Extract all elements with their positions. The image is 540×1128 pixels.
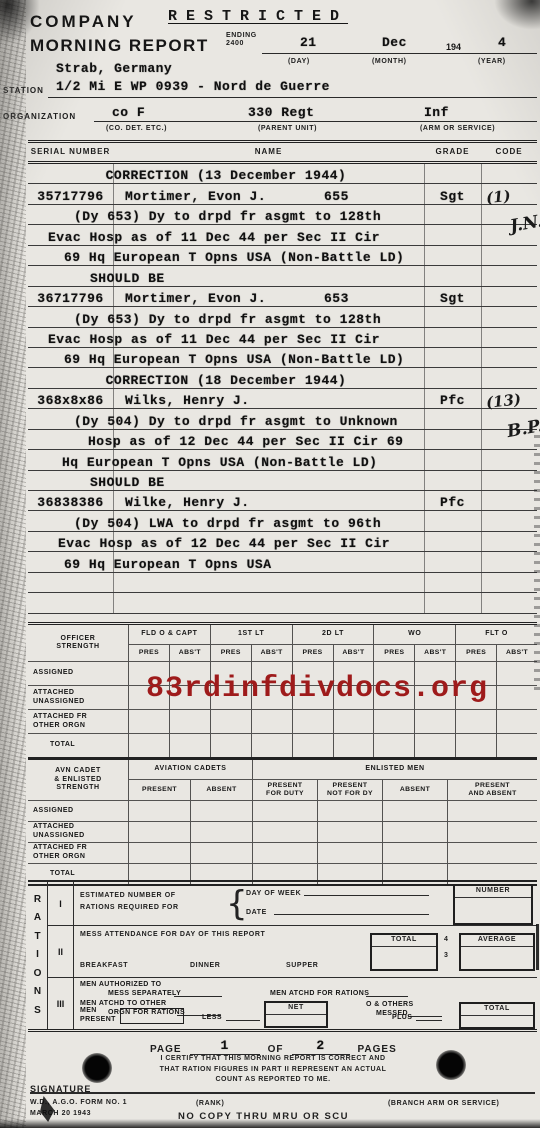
- breakfast-label: BREAKFAST: [80, 962, 128, 970]
- table-row: 36838386 Wilke, Henry J. Pfc: [28, 491, 537, 511]
- row-attached-unassigned: ATTACHED UNASSIGNED: [28, 821, 128, 842]
- col-pres: PRES: [455, 644, 496, 661]
- men-present-box: [120, 1008, 184, 1024]
- serial-cell: 35717796: [28, 190, 113, 203]
- entry-text: (Dy 653) Dy to drpd fr asgmt to 128th: [74, 210, 381, 223]
- strength-cell: [317, 821, 382, 842]
- number-label: NUMBER: [455, 886, 531, 898]
- table-row: CORRECTION (13 December 1944): [28, 164, 537, 184]
- average-label: AVERAGE: [461, 935, 533, 947]
- grade-cell: Sgt: [424, 292, 481, 305]
- site-watermark: 83rdinfdivdocs.org: [146, 672, 488, 706]
- form-number: W.D., A.G.O. FORM NO. 1 MARCH 20 1943: [30, 1098, 127, 1119]
- entry-text: Evac Hosp as of 12 Dec 44 per Sec II Cir: [58, 537, 390, 550]
- rations-part-ii: MESS ATTENDANCE FOR DAY OF THIS REPORT B…: [74, 926, 537, 978]
- strength-cell: [373, 733, 414, 757]
- entry-text: (Dy 504) Dy to drpd fr asgmt to Unknown: [74, 415, 398, 428]
- duty-code-cell: 655: [324, 190, 349, 203]
- form-title-company: COMPANY: [30, 12, 137, 32]
- table-row: SHOULD BE: [28, 471, 537, 491]
- entry-text: 69 Hq European T Opns USA (Non-Battle LD…: [64, 353, 404, 366]
- strength-cell: [414, 733, 455, 757]
- dinner-label: DINNER: [190, 962, 220, 970]
- col-flt-o: FLT O: [455, 625, 537, 644]
- strength-cell: [333, 709, 374, 733]
- mess-separately-label: MESS SEPARATELY: [108, 990, 181, 998]
- entry-text: Hq European T Opns USA (Non-Battle LD): [62, 456, 377, 469]
- less-blank: [226, 1013, 260, 1021]
- strength-cell: [317, 800, 382, 821]
- entry-text: 69 Hq European T Opns USA: [64, 558, 272, 571]
- organization-rule: [94, 88, 537, 122]
- brace-glyph: {: [226, 882, 248, 926]
- col-2d-lt: 2D LT: [292, 625, 374, 644]
- strength-cell: [333, 733, 374, 757]
- average-box: AVERAGE: [459, 933, 535, 971]
- col-pres: PRES: [210, 644, 251, 661]
- rank-label: (RANK): [196, 1100, 224, 1108]
- col-code: CODE: [481, 147, 537, 156]
- avn-cadet-header: AVN CADET & ENLISTED STRENGTH: [28, 760, 128, 800]
- strength-cell: [455, 733, 496, 757]
- net-box: NET: [264, 1001, 328, 1028]
- should-be-label: SHOULD BE: [90, 272, 165, 285]
- col-wo: WO: [373, 625, 455, 644]
- serial-cell: 36717796: [28, 292, 113, 305]
- col-enlisted-men: ENLISTED MEN: [252, 760, 537, 779]
- col-abst: ABS'T: [169, 644, 210, 661]
- strength-cell: [382, 821, 447, 842]
- table-row: Evac Hosp as of 11 Dec 44 per Sec II Cir: [28, 328, 537, 348]
- serial-cell: 368x8x86: [28, 394, 113, 407]
- col-serial-number: SERIAL NUMBER: [28, 147, 113, 156]
- rations-vertical-label: R A T I O N S: [28, 882, 48, 1029]
- row-attached-unassigned: ATTACHED UNASSIGNED: [28, 685, 128, 709]
- table-row: (Dy 653) Dy to drpd fr asgmt to 128th: [28, 307, 537, 327]
- branch-label: (BRANCH ARM OR SERVICE): [388, 1100, 499, 1108]
- strength-cell: [128, 842, 190, 863]
- strength-cell: [496, 685, 537, 709]
- duty-code-cell: 653: [324, 292, 349, 305]
- estimated-rations-label: ESTIMATED NUMBER OF RATIONS REQUIRED FOR: [80, 890, 179, 914]
- roster-table: SERIAL NUMBER NAME GRADE CODE CORRECTION…: [28, 140, 537, 614]
- strength-cell: [210, 709, 251, 733]
- entry-text: Evac Hosp as of 11 Dec 44 per Sec II Cir: [48, 231, 380, 244]
- serial-cell: 36838386: [28, 496, 113, 509]
- col-present: PRESENT: [128, 779, 190, 800]
- table-row: (Dy 504) Dy to drpd fr asgmt to Unknown …: [28, 409, 537, 429]
- digit-4: 4: [444, 936, 449, 944]
- col-present-for-duty: PRESENT FOR DUTY: [252, 779, 317, 800]
- total-label: TOTAL: [461, 1004, 533, 1016]
- correction-heading: CORRECTION (18 December 1944): [28, 374, 424, 387]
- enlisted-strength-table: AVN CADET & ENLISTED STRENGTH AVIATION C…: [28, 757, 537, 886]
- col-aviation-cadets: AVIATION CADETS: [128, 760, 252, 779]
- ending-2400-label: ENDING 2400: [226, 32, 257, 48]
- strength-cell: [252, 842, 317, 863]
- no-copy-notice: NO COPY THRU MRU OR SCU: [178, 1111, 349, 1122]
- col-abst: ABS'T: [251, 644, 292, 661]
- col-present-and-absent: PRESENT AND ABSENT: [447, 779, 537, 800]
- should-be-label: SHOULD BE: [90, 476, 165, 489]
- table-row: Hosp as of 12 Dec 44 per Sec II Cir 69: [28, 430, 537, 450]
- table-row: 69 Hq European T Opns USA (Non-Battle LD…: [28, 246, 537, 266]
- day-of-week-blank: [304, 888, 429, 896]
- roster-header-row: SERIAL NUMBER NAME GRADE CODE: [28, 140, 537, 164]
- roster-body: CORRECTION (13 December 1944) 35717796 M…: [28, 164, 537, 614]
- table-row: 368x8x86 Wilks, Henry J. Pfc (13): [28, 389, 537, 409]
- col-pres: PRES: [373, 644, 414, 661]
- men-atchd-rations-label: MEN ATCHD FOR RATIONS: [270, 990, 369, 998]
- digit-3: 3: [444, 952, 449, 960]
- col-name: NAME: [113, 147, 424, 156]
- table-row: (Dy 504) LWA to drpd fr asgmt to 96th: [28, 511, 537, 531]
- col-pres: PRES: [292, 644, 333, 661]
- table-row: 36717796 Mortimer, Evon J. 653 Sgt: [28, 287, 537, 307]
- grade-cell: Pfc: [424, 394, 481, 407]
- entry-text: (Dy 653) Dy to drpd fr asgmt to 128th: [74, 313, 381, 326]
- entry-text: Hosp as of 12 Dec 44 per Sec II Cir 69: [88, 435, 403, 448]
- punch-hole: [82, 1053, 112, 1083]
- strength-cell: [455, 709, 496, 733]
- org-arm-label: (ARM OR SERVICE): [420, 125, 495, 133]
- strength-cell: [128, 733, 169, 757]
- col-absent: ABSENT: [190, 779, 252, 800]
- strength-cell: [447, 842, 537, 863]
- date-year-value: 4: [498, 36, 506, 49]
- table-row: (Dy 653) Dy to drpd fr asgmt to 128th J.…: [28, 205, 537, 225]
- table-row: SHOULD BE: [28, 266, 537, 286]
- strength-cell: [128, 800, 190, 821]
- org-parent-label: (PARENT UNIT): [258, 125, 317, 133]
- date-month-value: Dec: [382, 36, 407, 49]
- org-arm-value: Inf: [424, 106, 449, 119]
- strength-cell: [190, 800, 252, 821]
- strength-cell: [373, 709, 414, 733]
- strength-cell: [496, 733, 537, 757]
- net-label: NET: [266, 1003, 326, 1015]
- scan-edge-noise: [0, 0, 26, 1128]
- date-blank: [274, 907, 429, 915]
- row-total: TOTAL: [28, 733, 128, 757]
- entry-text: (Dy 504) LWA to drpd fr asgmt to 96th: [74, 517, 381, 530]
- men-present-label: MEN PRESENT: [80, 1007, 116, 1024]
- strength-cell: [447, 800, 537, 821]
- part-iii-label: III: [48, 978, 73, 1029]
- strength-cell: [496, 661, 537, 685]
- entry-text: Evac Hosp as of 11 Dec 44 per Sec II Cir: [48, 333, 380, 346]
- rations-part-numbers: I II III: [48, 882, 74, 1029]
- strength-cell: [190, 842, 252, 863]
- correction-heading: CORRECTION (13 December 1944): [28, 169, 424, 182]
- strength-cell: [252, 821, 317, 842]
- station-label: STATION: [3, 86, 44, 95]
- col-grade: GRADE: [424, 147, 481, 156]
- col-fld-o-capt: FLD O & CAPT: [128, 625, 210, 644]
- page-total: 2: [316, 1038, 324, 1053]
- row-attached-fr-other-orgn: ATTACHED FR OTHER ORGN: [28, 842, 128, 863]
- morning-report-scan: COMPANY RESTRICTED MORNING REPORT ENDING…: [0, 0, 540, 1128]
- signature-rule: [30, 1080, 535, 1094]
- col-absent: ABSENT: [382, 779, 447, 800]
- row-attached-fr-other-orgn: ATTACHED FR OTHER ORGN: [28, 709, 128, 733]
- part-i-label: I: [48, 882, 73, 926]
- row-assigned: ASSIGNED: [28, 661, 128, 685]
- name-cell: Mortimer, Evon J.: [125, 190, 266, 203]
- org-unit-label: (CO. DET. ETC.): [106, 125, 167, 133]
- classification-stamp: RESTRICTED: [168, 8, 348, 25]
- col-present-not-for-dy: PRESENT NOT FOR DY: [317, 779, 382, 800]
- strength-cell: [251, 733, 292, 757]
- table-row: Evac Hosp as of 11 Dec 44 per Sec II Cir: [28, 225, 537, 245]
- form-title-morning-report: MORNING REPORT: [30, 36, 209, 56]
- col-abst: ABS'T: [496, 644, 537, 661]
- plus-blank: [416, 1013, 442, 1021]
- col-abst: ABS'T: [333, 644, 374, 661]
- name-cell: Wilke, Henry J.: [125, 496, 250, 509]
- strength-cell: [128, 821, 190, 842]
- row-assigned: ASSIGNED: [28, 800, 128, 821]
- col-pres: PRES: [128, 644, 169, 661]
- table-row: 69 Hq European T Opns USA: [28, 552, 537, 572]
- page-count-line: PAGE 1 OF 2 PAGES: [150, 1036, 397, 1055]
- name-cell: Mortimer, Evon J.: [125, 292, 266, 305]
- table-row: CORRECTION (18 December 1944): [28, 368, 537, 388]
- scan-smudge: [494, 0, 540, 30]
- strength-cell: [317, 842, 382, 863]
- org-parent-value: 330 Regt: [248, 106, 314, 119]
- col-1st-lt: 1ST LT: [210, 625, 292, 644]
- page-current: 1: [220, 1038, 228, 1053]
- men-authorized-label: MEN AUTHORIZED TO: [80, 981, 161, 989]
- mess-attendance-label: MESS ATTENDANCE FOR DAY OF THIS REPORT: [80, 931, 265, 939]
- year-printed: 194: [446, 42, 461, 52]
- strength-cell: [190, 821, 252, 842]
- strength-cell: [128, 709, 169, 733]
- supper-label: SUPPER: [286, 962, 318, 970]
- punch-hole: [436, 1050, 466, 1080]
- number-box: NUMBER: [453, 884, 533, 925]
- mess-separately-blank: [174, 989, 222, 997]
- total-box-iii: TOTAL: [459, 1002, 535, 1029]
- table-row: Evac Hosp as of 12 Dec 44 per Sec II Cir: [28, 532, 537, 552]
- o-and-others-label: O & OTHERS: [366, 1001, 414, 1009]
- table-row: [28, 593, 537, 613]
- table-row: 69 Hq European T Opns USA (Non-Battle LD…: [28, 348, 537, 368]
- grade-cell: Sgt: [424, 190, 481, 203]
- entry-text: 69 Hq European T Opns USA (Non-Battle LD…: [64, 251, 404, 264]
- strength-cell: [414, 709, 455, 733]
- strength-cell: [169, 733, 210, 757]
- total-label: TOTAL: [372, 935, 436, 947]
- strength-cell: [251, 709, 292, 733]
- date-day-value: 21: [300, 36, 317, 49]
- total-box: TOTAL: [370, 933, 438, 971]
- grade-cell: Pfc: [424, 496, 481, 509]
- name-cell: Wilks, Henry J.: [125, 394, 250, 407]
- signature-label: SIGNATURE: [30, 1084, 91, 1094]
- plus-label: PLUS: [392, 1014, 412, 1022]
- strength-cell: [169, 709, 210, 733]
- strength-cell: [292, 733, 333, 757]
- table-row: Hq European T Opns USA (Non-Battle LD): [28, 450, 537, 470]
- date-label: DATE: [246, 909, 267, 917]
- rations-section: R A T I O N S I II III ESTIMATED NUMBER …: [28, 880, 537, 1032]
- strength-cell: [382, 800, 447, 821]
- part-ii-label: II: [48, 926, 73, 978]
- rations-part-iii: MEN AUTHORIZED TO MESS SEPARATELY MEN AT…: [74, 978, 537, 1029]
- strength-cell: [496, 709, 537, 733]
- strength-cell: [382, 842, 447, 863]
- org-unit-value: co F: [112, 106, 145, 119]
- men-atchd-rations-blank: [366, 989, 408, 997]
- strength-cell: [447, 821, 537, 842]
- officer-strength-header: OFFICER STRENGTH: [28, 625, 128, 661]
- strength-cell: [210, 733, 251, 757]
- col-abst: ABS'T: [414, 644, 455, 661]
- strength-cell: [252, 800, 317, 821]
- table-row: [28, 573, 537, 593]
- day-of-week-label: DAY OF WEEK: [246, 890, 301, 898]
- less-label: LESS: [202, 1014, 222, 1022]
- table-row: 35717796 Mortimer, Evon J. 655 Sgt (1): [28, 184, 537, 204]
- strength-cell: [292, 709, 333, 733]
- organization-label: ORGANIZATION: [3, 112, 76, 121]
- rations-part-i: ESTIMATED NUMBER OF RATIONS REQUIRED FOR…: [74, 882, 537, 926]
